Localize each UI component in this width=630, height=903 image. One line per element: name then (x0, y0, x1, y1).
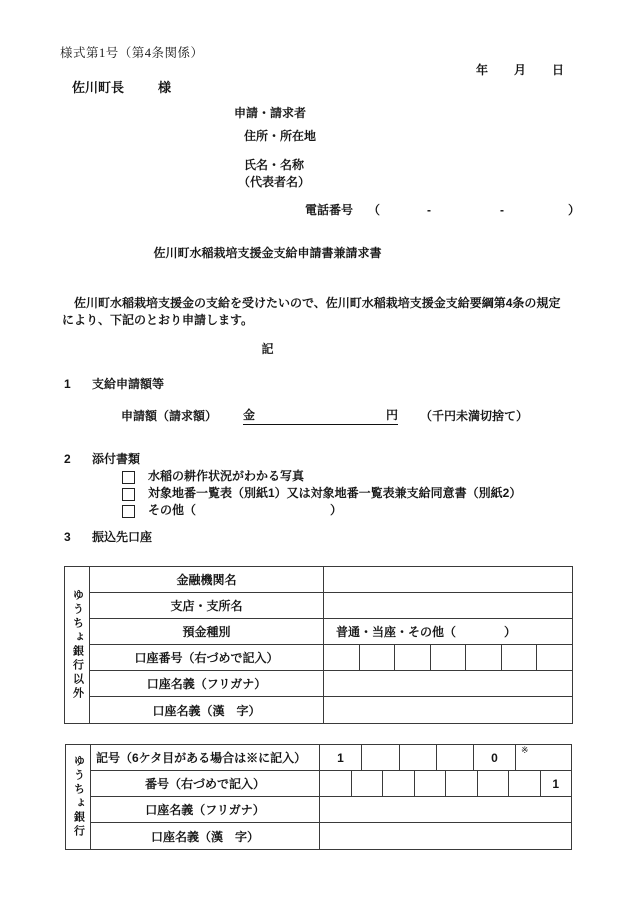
table-row: 口座名義（フリガナ） (90, 671, 572, 697)
section3-number: 3 (64, 530, 71, 545)
amount-note: （千円未満切捨て） (420, 409, 528, 424)
table-row: 番号（右づめで記入）1 (91, 771, 571, 797)
digit-cell[interactable]: 1 (320, 745, 362, 770)
attachment-item-close-paren: ） (330, 503, 342, 518)
deposit-type-area: 普通・当座・その他（） (324, 619, 572, 644)
digit-cell[interactable] (324, 645, 360, 670)
blank-input-area[interactable] (324, 593, 572, 618)
digit-cell[interactable] (478, 771, 510, 796)
digit-cell[interactable] (383, 771, 415, 796)
table-row: 口座番号（右づめで記入） (90, 645, 572, 671)
year-label: 年 (476, 63, 488, 78)
vertical-header-text: ゆうちょ銀行以外 (72, 589, 83, 701)
applicant-address-label: 住所・所在地 (244, 129, 316, 144)
attachment-item-label: 対象地番一覧表（別紙1）又は対象地番一覧表兼支給同意書（別紙2） (148, 486, 521, 501)
digit-cell[interactable] (537, 645, 572, 670)
row-label: 金融機関名 (90, 567, 324, 592)
row-label: 口座名義（漢 字） (91, 823, 320, 849)
digit-cell[interactable] (437, 745, 474, 770)
other-bank-account-table: ゆうちょ銀行以外 金融機関名支店・支所名預金種別普通・当座・その他（）口座番号（… (64, 566, 573, 724)
addressee-honorific: 様 (158, 80, 171, 96)
attachment-item-label: その他（ (148, 503, 196, 518)
digit-cell[interactable] (360, 645, 396, 670)
body-line-1: 佐川町水稲栽培支援金の支給を受けたいので、佐川町水稲栽培支援金支給要綱第4条の規… (62, 296, 560, 311)
amount-label: 申請額（請求額） (121, 409, 217, 424)
table-row: 口座名義（漢 字） (91, 823, 571, 849)
phone-hyphen-1: - (427, 203, 431, 218)
digit-cells-area: 1 (320, 771, 571, 796)
yucho-account-table: ゆうちょ銀行 記号（6ケタ目がある場合は※に記入）10※番号（右づめで記入）1口… (65, 744, 572, 850)
digit-cell[interactable] (431, 645, 467, 670)
row-label: 口座名義（漢 字） (90, 697, 324, 723)
digit-cell[interactable] (400, 745, 437, 770)
checkbox-icon[interactable] (122, 505, 135, 518)
digit-cell[interactable] (395, 645, 431, 670)
section2-number: 2 (64, 452, 71, 467)
table-rows: 記号（6ケタ目がある場合は※に記入）10※番号（右づめで記入）1口座名義（フリガ… (91, 745, 571, 849)
currency-prefix: 金 (243, 406, 255, 423)
digit-cell[interactable] (466, 645, 502, 670)
deposit-options-text: 普通・当座・その他（ (336, 623, 456, 640)
applicant-representative-label: （代表者名） (238, 175, 310, 190)
row-label: 口座名義（フリガナ） (90, 671, 324, 696)
digit-cell[interactable] (320, 771, 352, 796)
table-row: 金融機関名 (90, 567, 572, 593)
blank-input-area[interactable] (320, 823, 571, 849)
applicant-heading: 申請・請求者 (234, 106, 306, 121)
addressee-line: 佐川町長 様 (72, 80, 171, 96)
blank-input-area[interactable] (324, 671, 572, 696)
digit-cells-area: 10※ (320, 745, 571, 770)
applicant-name-label: 氏名・名称 (244, 158, 304, 173)
body-line-2: により、下記のとおり申請します。 (62, 313, 253, 328)
digit-cells-area (324, 645, 572, 670)
form-number: 様式第1号（第4条関係） (60, 46, 204, 62)
phone-open-paren: （ (368, 203, 380, 218)
currency-suffix: 円 (386, 406, 398, 423)
phone-label: 電話番号 (305, 203, 353, 218)
day-label: 日 (552, 63, 564, 78)
digit-cell[interactable]: 1 (541, 771, 572, 796)
digit-cell[interactable] (502, 645, 538, 670)
kome-mark: ※ (521, 746, 529, 755)
digit-cell[interactable]: 0 (474, 745, 516, 770)
blank-input-area[interactable] (324, 697, 572, 723)
attachment-item-label: 水稲の耕作状況がわかる写真 (148, 469, 304, 484)
amount-entry: 金 円 (243, 406, 398, 425)
checkbox-icon[interactable] (122, 471, 135, 484)
section1-number: 1 (64, 377, 71, 392)
table-vertical-header: ゆうちょ銀行以外 (65, 567, 90, 723)
section2-heading: 添付書類 (92, 452, 140, 467)
form-page: 様式第1号（第4条関係） 年 月 日 佐川町長 様 申請・請求者 住所・所在地 … (0, 0, 630, 903)
digit-cell[interactable] (509, 771, 541, 796)
phone-line: 電話番号 （ - - ） (305, 203, 580, 219)
record-marker: 記 (0, 342, 535, 357)
vertical-header-text: ゆうちょ銀行 (73, 755, 84, 839)
table-row: 記号（6ケタ目がある場合は※に記入）10※ (91, 745, 571, 771)
phone-hyphen-2: - (500, 203, 504, 218)
row-label: 口座番号（右づめで記入） (90, 645, 324, 670)
checkbox-icon[interactable] (122, 488, 135, 501)
table-row: 預金種別普通・当座・その他（） (90, 619, 572, 645)
row-label: 番号（右づめで記入） (91, 771, 320, 796)
row-label: 口座名義（フリガナ） (91, 797, 320, 822)
row-label: 支店・支所名 (90, 593, 324, 618)
blank-input-area[interactable] (320, 797, 571, 822)
row-label: 預金種別 (90, 619, 324, 644)
phone-close-paren: ） (568, 203, 580, 218)
document-title: 佐川町水稲栽培支援金支給申請書兼請求書 (0, 246, 535, 261)
table-rows: 金融機関名支店・支所名預金種別普通・当座・その他（）口座番号（右づめで記入）口座… (90, 567, 572, 723)
deposit-close-paren: ） (504, 623, 516, 640)
row-label: 記号（6ケタ目がある場合は※に記入） (91, 745, 320, 770)
blank-input-area[interactable] (324, 567, 572, 592)
section3-heading: 振込先口座 (92, 530, 152, 545)
digit-cell[interactable] (352, 771, 384, 796)
digit-cell[interactable] (446, 771, 478, 796)
extra-digit-cell[interactable]: ※ (516, 745, 571, 770)
section1-heading: 支給申請額等 (92, 377, 164, 392)
table-row: 支店・支所名 (90, 593, 572, 619)
addressee-name: 佐川町長 (72, 80, 124, 96)
month-label: 月 (514, 63, 526, 78)
table-vertical-header: ゆうちょ銀行 (66, 745, 91, 849)
date-line: 年 月 日 (476, 63, 564, 78)
digit-cell[interactable] (415, 771, 447, 796)
table-row: 口座名義（漢 字） (90, 697, 572, 723)
digit-cell[interactable] (362, 745, 400, 770)
table-row: 口座名義（フリガナ） (91, 797, 571, 823)
